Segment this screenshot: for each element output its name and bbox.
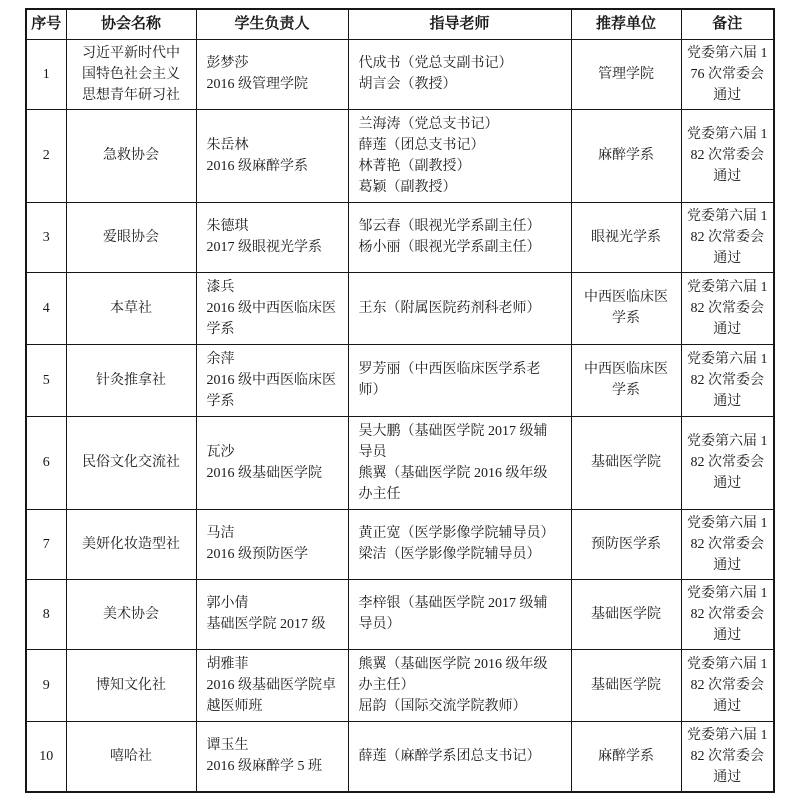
- cell-association-name: 本草社: [66, 272, 196, 344]
- cell-student-leader: 朱德琪 2017 级眼视光学系: [196, 202, 348, 272]
- cell-serial-number: 5: [26, 344, 66, 416]
- table-row: 10 嘻哈社 谭玉生 2016 级麻醉学 5 班 薛莲（麻醉学系团总支书记） 麻…: [26, 721, 774, 792]
- cell-recommending-unit: 中西医临床医学系: [571, 272, 681, 344]
- cell-student-leader: 朱岳林 2016 级麻醉学系: [196, 109, 348, 202]
- cell-serial-number: 8: [26, 579, 66, 649]
- cell-remarks: 党委第六届 182 次常委会通过: [681, 416, 774, 509]
- header-association-name: 协会名称: [66, 9, 196, 39]
- table-row: 1 习近平新时代中国特色社会主义思想青年研习社 彭梦莎 2016 级管理学院 代…: [26, 39, 774, 109]
- header-remarks: 备注: [681, 9, 774, 39]
- cell-advisor: 黄正宽（医学影像学院辅导员） 梁洁（医学影像学院辅导员）: [348, 509, 571, 579]
- cell-advisor: 熊翼（基础医学院 2016 级年级办主任） 屈韵（国际交流学院教师）: [348, 649, 571, 721]
- cell-recommending-unit: 麻醉学系: [571, 721, 681, 792]
- cell-serial-number: 7: [26, 509, 66, 579]
- table-row: 6 民俗文化交流社 瓦沙 2016 级基础医学院 吴大鹏（基础医学院 2017 …: [26, 416, 774, 509]
- cell-association-name: 嘻哈社: [66, 721, 196, 792]
- cell-advisor: 兰海涛（党总支书记） 薛莲（团总支书记） 林菁艳（副教授） 葛颖（副教授）: [348, 109, 571, 202]
- cell-serial-number: 10: [26, 721, 66, 792]
- cell-remarks: 党委第六届 182 次常委会通过: [681, 509, 774, 579]
- cell-recommending-unit: 基础医学院: [571, 579, 681, 649]
- cell-advisor: 薛莲（麻醉学系团总支书记）: [348, 721, 571, 792]
- cell-remarks: 党委第六届 182 次常委会通过: [681, 272, 774, 344]
- header-serial-number: 序号: [26, 9, 66, 39]
- cell-student-leader: 胡雅菲 2016 级基础医学院卓越医师班: [196, 649, 348, 721]
- cell-remarks: 党委第六届 182 次常委会通过: [681, 579, 774, 649]
- cell-remarks: 党委第六届 182 次常委会通过: [681, 202, 774, 272]
- cell-advisor: 罗芳丽（中西医临床医学系老师）: [348, 344, 571, 416]
- cell-student-leader: 余萍 2016 级中西医临床医学系: [196, 344, 348, 416]
- cell-advisor: 王东（附属医院药剂科老师）: [348, 272, 571, 344]
- cell-advisor: 李梓银（基础医学院 2017 级辅导员）: [348, 579, 571, 649]
- cell-association-name: 爱眼协会: [66, 202, 196, 272]
- table-row: 5 针灸推拿社 余萍 2016 级中西医临床医学系 罗芳丽（中西医临床医学系老师…: [26, 344, 774, 416]
- table-row: 2 急救协会 朱岳林 2016 级麻醉学系 兰海涛（党总支书记） 薛莲（团总支书…: [26, 109, 774, 202]
- cell-recommending-unit: 预防医学系: [571, 509, 681, 579]
- cell-association-name: 针灸推拿社: [66, 344, 196, 416]
- cell-student-leader: 马洁 2016 级预防医学: [196, 509, 348, 579]
- cell-student-leader: 瓦沙 2016 级基础医学院: [196, 416, 348, 509]
- cell-recommending-unit: 基础医学院: [571, 649, 681, 721]
- cell-student-leader: 谭玉生 2016 级麻醉学 5 班: [196, 721, 348, 792]
- table-row: 9 博知文化社 胡雅菲 2016 级基础医学院卓越医师班 熊翼（基础医学院 20…: [26, 649, 774, 721]
- cell-recommending-unit: 眼视光学系: [571, 202, 681, 272]
- cell-serial-number: 1: [26, 39, 66, 109]
- cell-recommending-unit: 麻醉学系: [571, 109, 681, 202]
- associations-table: 序号 协会名称 学生负责人 指导老师 推荐单位 备注 1 习近平新时代中国特色社…: [25, 8, 775, 793]
- cell-advisor: 邹云春（眼视光学系副主任） 杨小丽（眼视光学系副主任）: [348, 202, 571, 272]
- cell-serial-number: 3: [26, 202, 66, 272]
- header-recommending-unit: 推荐单位: [571, 9, 681, 39]
- cell-association-name: 急救协会: [66, 109, 196, 202]
- header-advisor: 指导老师: [348, 9, 571, 39]
- table-row: 3 爱眼协会 朱德琪 2017 级眼视光学系 邹云春（眼视光学系副主任） 杨小丽…: [26, 202, 774, 272]
- cell-remarks: 党委第六届 176 次常委会通过: [681, 39, 774, 109]
- header-row: 序号 协会名称 学生负责人 指导老师 推荐单位 备注: [26, 9, 774, 39]
- cell-serial-number: 4: [26, 272, 66, 344]
- table-row: 8 美术协会 郭小倩 基础医学院 2017 级 李梓银（基础医学院 2017 级…: [26, 579, 774, 649]
- table-row: 7 美妍化妆造型社 马洁 2016 级预防医学 黄正宽（医学影像学院辅导员） 梁…: [26, 509, 774, 579]
- cell-advisor: 代成书（党总支副书记） 胡言会（教授）: [348, 39, 571, 109]
- cell-recommending-unit: 管理学院: [571, 39, 681, 109]
- cell-association-name: 博知文化社: [66, 649, 196, 721]
- cell-association-name: 美妍化妆造型社: [66, 509, 196, 579]
- cell-student-leader: 郭小倩 基础医学院 2017 级: [196, 579, 348, 649]
- cell-remarks: 党委第六届 182 次常委会通过: [681, 344, 774, 416]
- cell-remarks: 党委第六届 182 次常委会通过: [681, 109, 774, 202]
- cell-serial-number: 9: [26, 649, 66, 721]
- cell-association-name: 美术协会: [66, 579, 196, 649]
- cell-serial-number: 2: [26, 109, 66, 202]
- cell-recommending-unit: 基础医学院: [571, 416, 681, 509]
- cell-advisor: 吴大鹏（基础医学院 2017 级辅导员 熊翼（基础医学院 2016 级年级办主任: [348, 416, 571, 509]
- header-student-leader: 学生负责人: [196, 9, 348, 39]
- table-row: 4 本草社 漆兵 2016 级中西医临床医学系 王东（附属医院药剂科老师） 中西…: [26, 272, 774, 344]
- cell-student-leader: 漆兵 2016 级中西医临床医学系: [196, 272, 348, 344]
- cell-student-leader: 彭梦莎 2016 级管理学院: [196, 39, 348, 109]
- cell-remarks: 党委第六届 182 次常委会通过: [681, 721, 774, 792]
- cell-remarks: 党委第六届 182 次常委会通过: [681, 649, 774, 721]
- cell-recommending-unit: 中西医临床医学系: [571, 344, 681, 416]
- cell-serial-number: 6: [26, 416, 66, 509]
- cell-association-name: 习近平新时代中国特色社会主义思想青年研习社: [66, 39, 196, 109]
- cell-association-name: 民俗文化交流社: [66, 416, 196, 509]
